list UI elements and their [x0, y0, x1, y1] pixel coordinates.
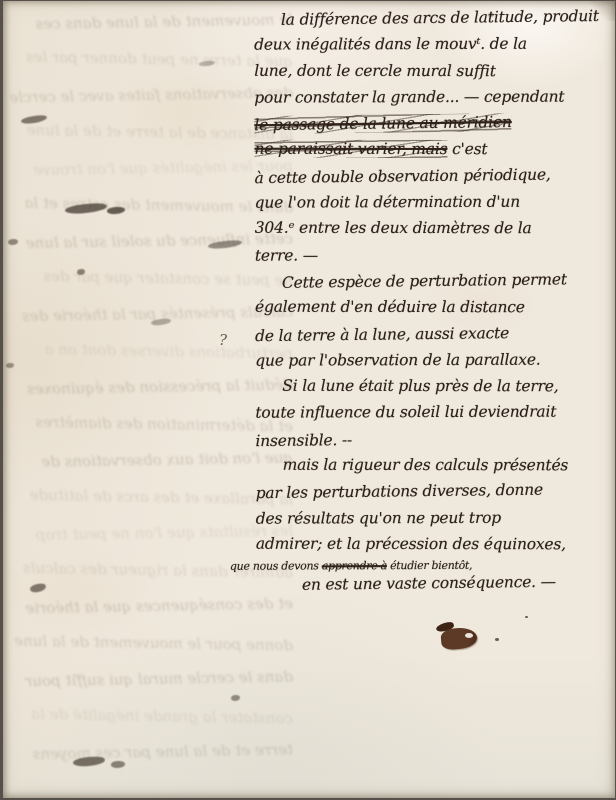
manuscript-line: que l'on doit la détermination d'un	[255, 192, 613, 220]
bleedthrough-line: cette influence du soleil sur la lune	[5, 229, 293, 252]
manuscript-line: toute influence du soleil lui deviendrai…	[255, 403, 613, 431]
struck-text: apprendre à	[322, 559, 387, 572]
manuscript-line: la différence des arcs de latitude, prod…	[254, 7, 612, 38]
handwriting-text: deux inégalités dans le mouvᵗ. de la	[254, 35, 527, 54]
ink-speck	[199, 60, 215, 66]
manuscript-line: également d'en déduire la distance	[255, 298, 613, 325]
handwriting-text: des résultats qu'on ne peut trop	[256, 508, 501, 527]
manuscript-line: terre. —	[255, 245, 613, 273]
bleedthrough-line: ne peut se constater que par des	[5, 266, 293, 289]
handwriting-text: la différence des arcs de latitude, prod…	[281, 7, 599, 29]
bleedthrough-line: la distance de la terre et de la lune	[5, 120, 293, 143]
manuscript-text: la différence des arcs de latitude, prod…	[254, 8, 614, 596]
bleedthrough-line: des observations faites avec le cercle	[5, 83, 293, 106]
manuscript-line: pour constater la grande... — cependant	[254, 87, 612, 115]
handwriting-text: que nous devons	[230, 560, 322, 573]
handwriting-text: toute influence du soleil lui deviendrai…	[255, 403, 556, 422]
handwriting-text: Cette espèce de perturbation permet	[282, 270, 567, 291]
bleedthrough-line: pour les inégalités que l'on trouve	[5, 156, 293, 179]
bleedthrough-line: déduit la précession des équinoxes	[5, 375, 293, 398]
manuscript-line: insensible. --	[255, 428, 613, 459]
handwriting-text: que par l'observation de la parallaxe.	[255, 350, 540, 369]
manuscript-line: Cette espèce de perturbation permet	[255, 270, 613, 301]
handwriting-text: que l'on doit la détermination d'un	[255, 193, 520, 212]
handwriting-text: également d'en déduire la distance	[255, 298, 525, 316]
ink-speck	[8, 239, 18, 245]
handwriting-text: lune, dont le cercle mural suffit	[254, 61, 496, 79]
manuscript-line: Si la lune était plus près de la terre,	[255, 377, 613, 404]
struck-text: le passage de la lune au méridien	[254, 113, 512, 134]
ink-speck	[495, 638, 499, 641]
bleedthrough-line: dans le mouvement des astres et la	[5, 193, 293, 216]
manuscript-line: de la terre à la lune, aussi exacte	[255, 322, 613, 353]
handwriting-text: Si la lune était plus près de la terre,	[282, 377, 558, 395]
bleedthrough-line: que l'on doit aux observations de	[5, 448, 293, 471]
handwriting-text: en est une vaste conséquence. —	[302, 573, 556, 594]
ink-blot-edge	[435, 620, 455, 633]
handwriting-text: pour constater la grande... — cependant	[254, 87, 564, 106]
handwriting-text: mais la rigueur des calculs présentés	[283, 456, 569, 474]
ink-blot-highlight	[465, 633, 473, 638]
handwriting-text: par les perturbations diverses, donne	[256, 481, 544, 503]
bleedthrough-line: dans le cercle mural qui suffit pour	[5, 667, 293, 690]
ink-speck	[77, 269, 85, 275]
ink-speck	[151, 318, 172, 326]
ink-speck	[29, 583, 46, 594]
handwriting-text: de la terre à la lune, aussi exacte	[255, 324, 509, 345]
struck-text: ne paraissait varier, mais	[254, 140, 447, 158]
manuscript-line: lune, dont le cercle mural suffit	[254, 61, 612, 88]
bleedthrough-line: et des conséquences que la théorie	[5, 594, 293, 617]
ink-speck	[208, 239, 243, 250]
handwriting-text: 304.ᵉ entre les deux diamètres de la	[255, 219, 532, 237]
handwriting-text: insensible. --	[255, 431, 352, 450]
bleedthrough-line: que la terre ne peut donner par les	[5, 47, 293, 70]
manuscript-line: admirer; et la précession des équinoxes,	[256, 535, 614, 562]
manuscript-line: que par l'observation de la parallaxe.	[255, 350, 613, 378]
manuscript-photo: { "document": { "type": "handwritten-man…	[0, 0, 616, 800]
bleedthrough-text: le mouvement de la lune dans cesque la t…	[5, 7, 293, 795]
ink-blot-body	[440, 626, 478, 650]
bleedthrough-line: la parallaxe et des arcs de latitude	[5, 485, 293, 508]
bleedthrough-line: le mouvement de la lune dans ces	[5, 10, 293, 33]
bleedthrough-line: les résultats que l'on ne peut trop	[5, 521, 293, 544]
bleedthrough-line: constater la grande inégalité de la	[5, 704, 293, 727]
handwriting-text: c'est	[447, 141, 487, 159]
handwriting-text: terre. —	[255, 246, 318, 264]
bleedthrough-line: perturbations diverses dont on a	[5, 339, 293, 362]
margin-question-mark: ?	[219, 331, 227, 349]
manuscript-line: 304.ᵉ entre les deux diamètres de la	[255, 219, 613, 246]
manuscript-line: le passage de la lune au méridien	[254, 112, 612, 143]
ink-speck	[73, 756, 106, 767]
ink-speck	[21, 114, 48, 125]
paper-sheet: le mouvement de la lune dans cesque la t…	[3, 1, 615, 798]
bleedthrough-line: et la détermination des diamètres	[5, 412, 293, 435]
manuscript-line: deux inégalités dans le mouvᵗ. de la	[254, 35, 612, 63]
ink-speck	[65, 202, 108, 215]
bleedthrough-line: donne pour le mouvement de la lune	[5, 631, 293, 654]
manuscript-line: par les perturbations diverses, donne	[256, 480, 614, 511]
manuscript-line: à cette double observation périodique,	[254, 165, 612, 196]
ink-speck	[231, 695, 240, 701]
manuscript-line: ne paraissait varier, mais c'est	[254, 140, 612, 167]
ink-speck	[107, 207, 125, 215]
ink-speck	[525, 616, 528, 618]
bleedthrough-line: calculs présentés par la théorie des	[5, 302, 293, 325]
manuscript-line: des résultats qu'on ne peut trop	[256, 508, 614, 536]
ink-speck	[6, 363, 14, 368]
manuscript-line: en est une vaste conséquence. —	[302, 572, 614, 598]
manuscript-line: mais la rigueur des calculs présentés	[256, 456, 614, 483]
ink-speck	[111, 761, 125, 768]
handwriting-text: à cette double observation périodique,	[254, 165, 550, 187]
bleedthrough-line: terre et de la lune par ces moyens	[5, 740, 293, 763]
handwriting-text: admirer; et la précession des équinoxes,	[256, 535, 566, 554]
